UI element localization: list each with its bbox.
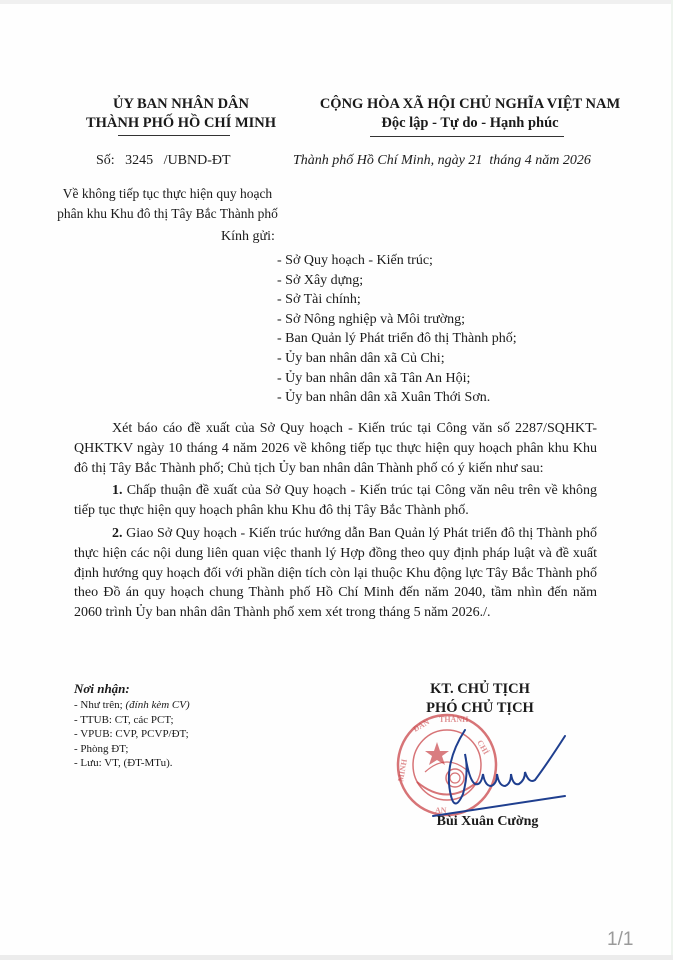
document-number: Số: 3245 /UBND-ĐT (96, 153, 231, 169)
distribution-list: Nơi nhận: - Như trên; (đính kèm CV) - TT… (74, 680, 190, 771)
signature-title-line-1: KT. CHỦ TỊCH (390, 680, 570, 699)
body-intro: Xét báo cáo đề xuất của Sở Quy hoạch - K… (74, 419, 597, 478)
issuer-underline (118, 135, 230, 136)
distribution-item: - Lưu: VT, (ĐT-MTu). (74, 756, 190, 771)
body-item-1: 1. Chấp thuận đề xuất của Sở Quy hoạch -… (74, 481, 597, 521)
recipient-item: - Ủy ban nhân dân xã Tân An Hội; (277, 369, 517, 389)
subject-line-1: Về không tiếp tục thực hiện quy hoạch (40, 184, 295, 204)
signer-name: Bùi Xuân Cường (405, 814, 570, 830)
recipient-item: - Sở Nông nghiệp và Môi trường; (277, 310, 517, 330)
item-1-number: 1. (112, 483, 123, 498)
recipient-item: - Ban Quản lý Phát triển đô thị Thành ph… (277, 329, 517, 349)
item-1-text: Chấp thuận đề xuất của Sở Quy hoạch - Ki… (74, 483, 597, 518)
distribution-item: - Phòng ĐT; (74, 742, 190, 757)
recipient-list: - Sở Quy hoạch - Kiến trúc; - Sở Xây dựn… (277, 251, 517, 408)
top-border (0, 0, 673, 4)
svg-text:THÀNH: THÀNH (439, 714, 469, 724)
greeting: Kính gửi: (221, 229, 275, 245)
motto-underline (370, 136, 564, 137)
page-indicator: 1/1 (607, 929, 633, 951)
document-subject: Về không tiếp tục thực hiện quy hoạch ph… (40, 184, 295, 224)
national-title: CỘNG HÒA XÃ HỘI CHỦ NGHĨA VIỆT NAM (300, 95, 640, 114)
recipient-item: - Sở Xây dựng; (277, 271, 517, 291)
distribution-item-note: (đính kèm CV) (125, 699, 189, 711)
subject-line-2: phân khu Khu đô thị Tây Bắc Thành phố (40, 204, 295, 224)
document-date: Thành phố Hồ Chí Minh, ngày 21 tháng 4 n… (293, 153, 591, 169)
issuer-line-1: ỦY BAN NHÂN DÂN (56, 95, 306, 114)
item-2-number: 2. (112, 526, 123, 541)
distribution-item: - TTUB: CT, các PCT; (74, 713, 190, 728)
document-page: ỦY BAN NHÂN DÂN THÀNH PHỐ HỒ CHÍ MINH CỘ… (0, 0, 673, 960)
bottom-border (0, 955, 673, 960)
national-header: CỘNG HÒA XÃ HỘI CHỦ NGHĨA VIỆT NAM Độc l… (300, 95, 640, 133)
distribution-item: - VPUB: CVP, PCVP/ĐT; (74, 727, 190, 742)
distribution-item: - Như trên; (đính kèm CV) (74, 698, 190, 713)
recipient-item: - Sở Tài chính; (277, 290, 517, 310)
distribution-item-text: - Như trên; (74, 699, 125, 711)
body-item-2: 2. Giao Sở Quy hoạch - Kiến trúc hướng d… (74, 524, 597, 623)
signature-icon (425, 724, 575, 824)
recipient-item: - Sở Quy hoạch - Kiến trúc; (277, 251, 517, 271)
recipient-item: - Ủy ban nhân dân xã Xuân Thới Sơn. (277, 388, 517, 408)
issuer-header: ỦY BAN NHÂN DÂN THÀNH PHỐ HỒ CHÍ MINH (56, 95, 306, 133)
item-2-text: Giao Sở Quy hoạch - Kiến trúc hướng dẫn … (74, 526, 597, 620)
issuer-line-2: THÀNH PHỐ HỒ CHÍ MINH (56, 114, 306, 133)
distribution-title: Nơi nhận: (74, 680, 190, 698)
document-body: Xét báo cáo đề xuất của Sở Quy hoạch - K… (74, 419, 597, 626)
national-motto: Độc lập - Tự do - Hạnh phúc (300, 114, 640, 133)
recipient-item: - Ủy ban nhân dân xã Củ Chi; (277, 349, 517, 369)
